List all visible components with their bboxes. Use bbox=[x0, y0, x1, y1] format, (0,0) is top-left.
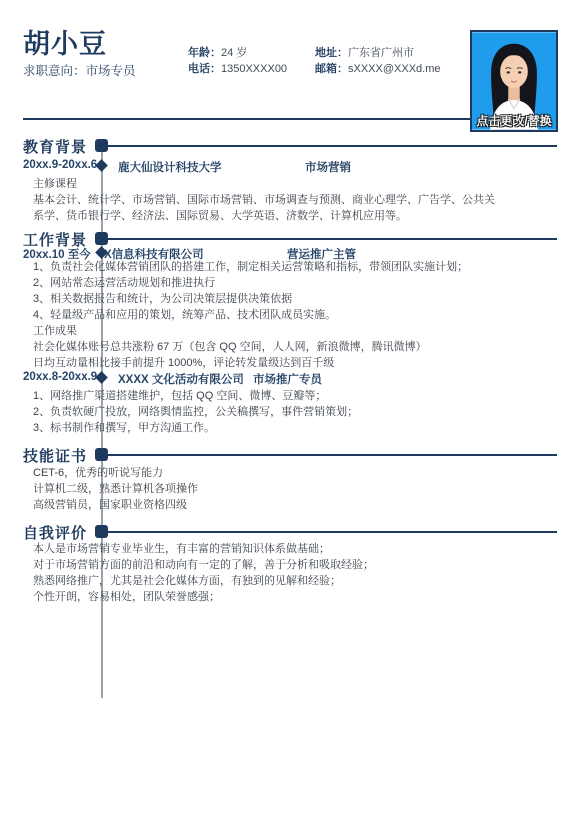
skill-line: 计算机二级，熟悉计算机各项操作 bbox=[33, 481, 198, 497]
job2-company: XXXX 文化活动有限公司 bbox=[118, 371, 244, 387]
education-period: 20xx.9-20xx.6 bbox=[23, 159, 97, 171]
phone-label: 电话： bbox=[188, 63, 221, 75]
address-value: 广东省广州市 bbox=[348, 47, 414, 59]
education-school: 鹿大仙设计科技大学 bbox=[118, 159, 222, 175]
job1-duty: 1、负责社会化媒体营销团队的搭建工作，制定相关运营策略和指标，带领团队实施计划； bbox=[33, 259, 468, 275]
evaluation-line: 对于市场营销方面的前沿和动向有一定的了解，善于分析和吸取经验； bbox=[33, 557, 374, 573]
contact-email: 邮箱：sXXXX@XXXd.me bbox=[315, 61, 440, 77]
email-value: sXXXX@XXXd.me bbox=[348, 63, 440, 75]
job1-result-label: 工作成果 bbox=[33, 323, 77, 339]
skills-section-marker bbox=[95, 448, 108, 461]
evaluation-section-rule bbox=[108, 531, 557, 533]
work-section-rule bbox=[108, 238, 557, 240]
contact-age: 年龄：24 岁 bbox=[188, 45, 287, 61]
job1-duty: 3、相关数据报告和统计，为公司决策层提供决策依据 bbox=[33, 291, 292, 307]
age-label: 年龄： bbox=[188, 47, 221, 59]
address-label: 地址： bbox=[315, 47, 348, 59]
job2-duty: 3、标书制作和撰写，甲方沟通工作。 bbox=[33, 420, 215, 436]
contact-phone: 电话：1350XXXX00 bbox=[188, 61, 287, 77]
photo-replace-button[interactable]: 点击更改/替换 bbox=[472, 112, 556, 129]
job2-period: 20xx.8-20xx.9 bbox=[23, 371, 97, 383]
job1-duty: 4、轻量级产品和应用的策划，统筹产品、技术团队成员实施。 bbox=[33, 307, 336, 323]
course-line: 系学、货币银行学、经济法、国际贸易、大学英语、济数学、计算机应用等。 bbox=[33, 208, 407, 224]
contact-column-left: 年龄：24 岁 电话：1350XXXX00 bbox=[188, 45, 287, 77]
section-title-skills: 技能证书 bbox=[23, 445, 87, 466]
contact-address: 地址：广东省广州市 bbox=[315, 45, 440, 61]
job2-duty: 2、负责软硬广投放，网络舆情监控，公关稿撰写，事件营销策划； bbox=[33, 404, 358, 420]
evaluation-section-marker bbox=[95, 525, 108, 538]
evaluation-line: 熟悉网络推广，尤其是社会化媒体方面，有独到的见解和经验； bbox=[33, 573, 341, 589]
age-value: 24 岁 bbox=[221, 47, 247, 59]
job2-position: 市场推广专员 bbox=[253, 371, 322, 387]
job1-result: 社会化媒体账号总共涨粉 67 万（包含 QQ 空间，人人网，新浪微博，腾讯微博） bbox=[33, 339, 427, 355]
contact-column-right: 地址：广东省广州市 邮箱：sXXXX@XXXd.me bbox=[315, 45, 440, 77]
job1-result: 日均互动量相比接手前提升 1000%，评论转发量级达到百千级 bbox=[33, 355, 334, 371]
course-line: 基本会计、统计学、市场营销、国际市场营销、市场调查与预测、商业心理学、广告学、公… bbox=[33, 192, 495, 208]
evaluation-line: 本人是市场营销专业毕业生，有丰富的营销知识体系做基础； bbox=[33, 541, 330, 557]
job-intention: 求职意向：市场专员 bbox=[23, 61, 136, 79]
resume-page: 胡小豆 求职意向：市场专员 年龄：24 岁 电话：1350XXXX00 地址：广… bbox=[0, 0, 580, 820]
job1-duty: 2、网站常态运营活动规划和推进执行 bbox=[33, 275, 215, 291]
skill-line: CET-6，优秀的听说写能力 bbox=[33, 465, 163, 481]
evaluation-line: 个性开朗，容易相处，团队荣誉感强； bbox=[33, 589, 220, 605]
course-label: 主修课程 bbox=[33, 176, 77, 192]
phone-value: 1350XXXX00 bbox=[221, 63, 287, 75]
work-section-marker bbox=[95, 232, 108, 245]
section-title-education: 教育背景 bbox=[23, 136, 87, 157]
candidate-name: 胡小豆 bbox=[23, 22, 107, 61]
skill-line: 高级营销员，国家职业资格四级 bbox=[33, 497, 187, 513]
job2-duty: 1、网络推广渠道搭建维护，包括 QQ 空间、微博、豆瓣等； bbox=[33, 388, 326, 404]
email-label: 邮箱： bbox=[315, 63, 348, 75]
education-major: 市场营销 bbox=[305, 159, 351, 175]
skills-section-rule bbox=[108, 454, 557, 456]
education-section-rule bbox=[108, 145, 557, 147]
profile-photo[interactable]: 点击更改/替换 bbox=[470, 30, 558, 132]
education-section-marker bbox=[95, 139, 108, 152]
section-title-evaluation: 自我评价 bbox=[23, 522, 87, 543]
